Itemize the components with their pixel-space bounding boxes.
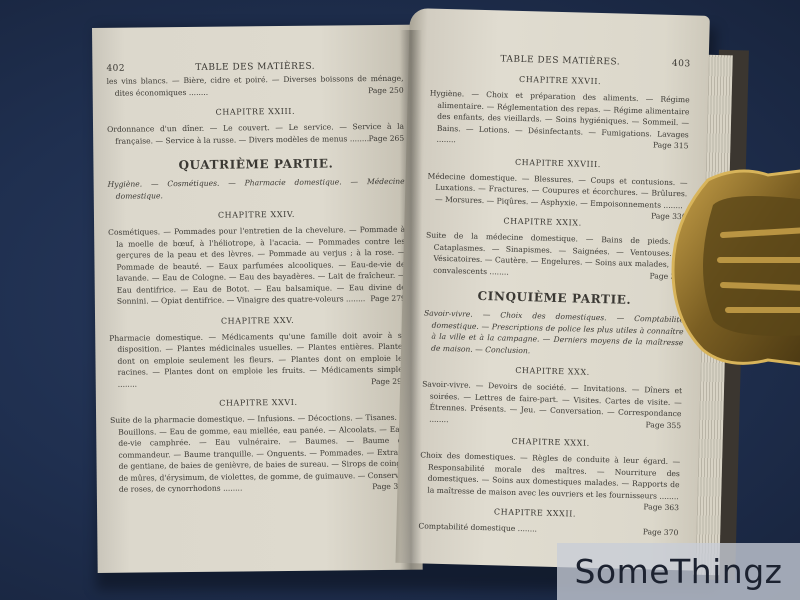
toc-entry: Choix des domestiques. — Règles de condu… [419,449,680,502]
entry-text: Médecine domestique. — Blessures. — Coup… [428,171,688,209]
running-head-title: TABLE DES MATIÈRES. [449,53,672,69]
entry-text: Hygiène. — Cosmétiques. — Pharmacie dome… [108,177,405,201]
left-running-head: 402 TABLE DES MATIÈRES. [106,61,403,74]
page-number: 403 [672,59,691,69]
entry-text: Suite de la pharmacie domestique. — Infu… [110,413,408,494]
dot-leader: ........ [429,414,449,424]
toc-entry: Comptabilité domestique ........ Page 37… [418,520,678,538]
chapter-heading: CHAPITRE XXIII. [107,106,404,118]
toc-entry: Cosmétiques. — Pommades pour l'entretien… [108,224,406,308]
toc-entries-left: les vins blancs. — Bière, cidre et poiré… [107,73,408,496]
entry-text: Choix des domestiques. — Règles de condu… [420,450,680,500]
toc-entry: Pharmacie domestique. — Médicaments qu'u… [109,329,407,390]
dot-leader: ........ [221,483,243,492]
dot-leader: ........ [347,134,369,143]
dot-leader: ........ [344,294,366,303]
toc-entry: Hygiène. — Choix et préparation des alim… [428,88,689,152]
chapter-heading: CHAPITRE XXXII. [419,505,679,521]
watermark-text: SomeThingz [574,552,782,591]
dot-leader: ........ [436,135,456,145]
dot-leader: ........ [657,491,679,501]
entry-text: Savoir-vivre. — Choix des domestiques. —… [424,308,684,354]
entry-text: Comptabilité domestique [418,521,515,533]
toc-entry: Suite de la pharmacie domestique. — Infu… [110,412,408,496]
toc-entry: Savoir-vivre. — Devoirs de société. — In… [421,378,682,431]
page-ref: Page 355 [653,419,681,431]
toc-entries-right: CHAPITRE XXVII.Hygiène. — Choix et prépa… [418,73,690,539]
entry-text: les vins blancs. — Bière, cidre et poiré… [107,74,404,98]
toc-entry: Savoir-vivre. — Choix des domestiques. —… [423,307,684,360]
chapter-heading: CHAPITRE XXVI. [110,397,407,409]
entry-text: Suite de la médecine domestique. — Bains… [426,230,686,275]
page-ref: Page 370 [651,526,679,538]
page-ref: Page 363 [651,501,679,513]
entry-text: Hygiène. — Choix et préparation des alim… [430,89,690,139]
brass-book-clip [668,160,800,375]
watermark: SomeThingz [557,543,800,600]
chapter-heading: CHAPITRE XXIV. [108,209,405,221]
dot-leader: ........ [487,267,509,277]
entry-text: Pharmacie domestique. — Médicaments qu'u… [109,330,406,377]
entry-text: Savoir-vivre. — Devoirs de société. — In… [422,379,682,418]
dot-leader: ........ [515,524,537,534]
toc-entry: Suite de la médecine domestique. — Bains… [425,230,686,283]
dot-leader: ........ [118,379,137,388]
part-heading: QUATRIÈME PARTIE. [107,156,404,173]
page-number: 402 [106,64,125,74]
running-head-title: TABLE DES MATIÈRES. [125,61,385,74]
chapter-heading: CHAPITRE XXV. [109,314,406,326]
right-page: TABLE DES MATIÈRES. 403 CHAPITRE XXVII.H… [395,8,709,571]
book-spine [400,30,422,570]
right-running-head: TABLE DES MATIÈRES. 403 [431,53,691,70]
chapter-heading: CHAPITRE XXVIII. [428,155,688,171]
chapter-heading: CHAPITRE XXIX. [426,215,686,231]
chapter-heading: CHAPITRE XXX. [422,363,682,379]
toc-entry: les vins blancs. — Bière, cidre et poiré… [107,73,404,99]
dot-leader: ........ [186,87,208,96]
toc-entry: Hygiène. — Cosmétiques. — Pharmacie dome… [108,176,405,202]
page-ref: Page 315 [661,140,689,152]
left-page: 402 TABLE DES MATIÈRES. les vins blancs.… [92,25,423,573]
chapter-heading: CHAPITRE XXXI. [421,434,681,450]
toc-entry: Ordonnance d'un dîner. — Le couvert. — L… [107,121,404,147]
toc-entry: Médecine domestique. — Blessures. — Coup… [427,170,688,211]
chapter-heading: CHAPITRE XXVII. [430,73,690,89]
part-heading: CINQUIÈME PARTIE. [424,287,684,308]
